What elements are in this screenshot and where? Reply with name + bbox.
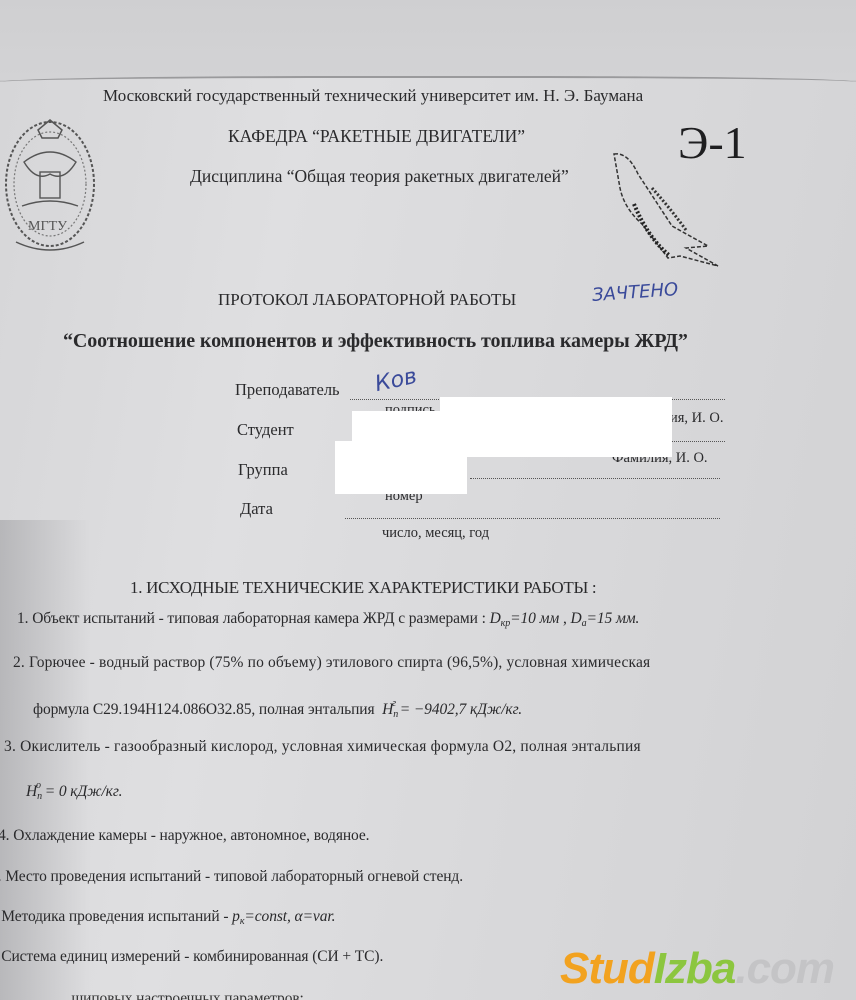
page-background-top <box>0 0 856 80</box>
redaction-box <box>335 441 467 494</box>
svg-text:МГТУ: МГТУ <box>28 219 67 234</box>
student-name-caption: ия, И. О. <box>670 410 724 427</box>
list-item-2: 2. Горючее - водный раствор (75% по объе… <box>13 654 650 672</box>
list-item-6: 6. Методика проведения испытаний - pк=co… <box>0 908 335 927</box>
list-item-2-cont: формула C29.194H124.086O32.85, полная эн… <box>33 698 522 720</box>
studizba-watermark: StudIzba.com <box>560 944 834 994</box>
date-label: Дата <box>240 499 273 519</box>
list-item-7: 7. Система единиц измерений - комбиниров… <box>0 948 383 966</box>
group-label: Группа <box>238 460 288 480</box>
university-name: Московский государственный технический у… <box>103 86 643 106</box>
list-item-8-cut: ...шиповых настроечных параметров: <box>60 990 304 1000</box>
page-shadow <box>0 520 90 1000</box>
list-item-3-cont: Hпо = 0 кДж/кг. <box>26 780 122 802</box>
rocket-sketch-icon <box>608 148 728 283</box>
student-label: Студент <box>237 420 294 440</box>
section-heading: 1. ИСХОДНЫЕ ТЕХНИЧЕСКИЕ ХАРАКТЕРИСТИКИ Р… <box>130 578 596 598</box>
list-item-1: 1. Объект испытаний - типовая лабораторн… <box>17 610 639 629</box>
department-name: КАФЕДРА “РАКЕТНЫЕ ДВИГАТЕЛИ” <box>228 126 525 147</box>
date-line[interactable] <box>345 518 720 519</box>
list-item-3: 3. Окислитель - газообразный кислород, у… <box>4 738 641 756</box>
work-title: “Соотношение компонентов и эффективность… <box>63 330 688 353</box>
group-number-line[interactable] <box>470 478 720 479</box>
protocol-heading: ПРОТОКОЛ ЛАБОРАТОРНОЙ РАБОТЫ <box>218 290 516 310</box>
university-crest-icon: МГТУ <box>2 112 102 267</box>
list-item-5: 5. Место проведения испытаний - типовой … <box>0 868 463 886</box>
list-item-4: 4. Охлаждение камеры - наружное, автоном… <box>0 827 369 845</box>
redaction-box <box>440 397 672 457</box>
teacher-label: Преподаватель <box>235 380 340 400</box>
date-caption: число, месяц, год <box>382 525 489 542</box>
discipline-name: Дисциплина “Общая теория ракетных двигат… <box>190 166 569 187</box>
